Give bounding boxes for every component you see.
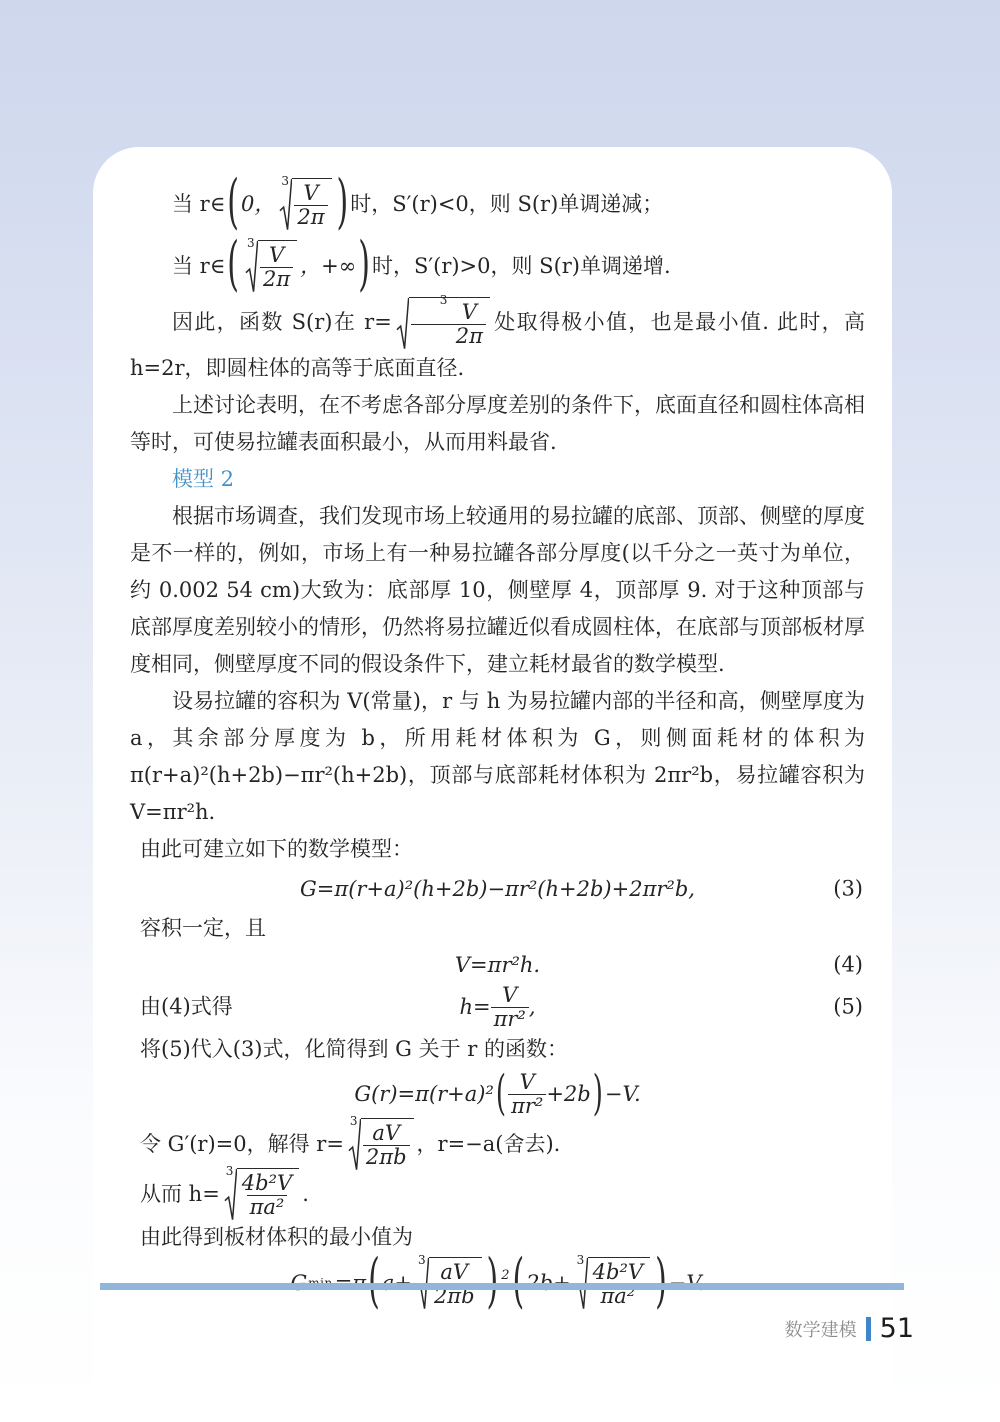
root-index: 3 [418, 1254, 426, 1266]
statement-text: 当 r∈ [172, 186, 225, 223]
big-left-paren: ( [227, 175, 239, 234]
root-index: 3 [281, 175, 289, 187]
page-card: 当 r∈ ( 0， 3 V 2π ) 时，S′(r)<0，则 S(r)单调递减；… [93, 147, 892, 1422]
fraction: V 2π [294, 182, 327, 229]
g-function-equation: G(r)=π(r+a)² ( V πr² +2b ) −V. [130, 1070, 865, 1118]
monotone-increasing-statement: 当 r∈ ( 3 V 2π ，+∞ ) 时，S′(r)>0，则 S(r)单调递增… [130, 239, 865, 293]
root-index: 3 [226, 1165, 234, 1177]
fraction: V πr² [508, 1071, 546, 1118]
statement-text: . [302, 1176, 309, 1213]
equation-5: 由(4)式得 h= V πr² , (5) [130, 985, 865, 1029]
statement-text: 令 G′(r)=0，解得 r= [140, 1126, 344, 1163]
big-left-paren: ( [227, 237, 239, 296]
cube-root: 3 V 2π [245, 240, 297, 293]
denominator: 2π [411, 324, 486, 348]
equation-tail: −V. [605, 1076, 641, 1113]
numerator: aV [437, 1261, 471, 1284]
equation-number: (3) [833, 871, 863, 908]
big-right-paren: ) [337, 175, 349, 234]
paragraph-text: 因此，函数 S(r)在 r= [172, 310, 392, 334]
cube-root: 3V2π [396, 297, 490, 350]
page-footer: 数学建模 51 [785, 1313, 914, 1344]
equation-label: 由(4)式得 [140, 989, 233, 1026]
equation-body: G=π(r+a)²(h+2b)−πr²(h+2b)+2πr²b, [300, 871, 695, 908]
denominator: 2π [294, 205, 327, 229]
statement-text: ，r=−a(舍去). [417, 1126, 561, 1163]
variable-definition-paragraph: 设易拉罐的容积为 V(常量)，r 与 h 为易拉罐内部的半径和高，侧壁厚度为 a… [130, 683, 865, 831]
equation-body: V=πr²h. [455, 947, 540, 984]
root-index: 3 [350, 1115, 358, 1127]
statement-text: 当 r∈ [172, 248, 225, 285]
monotone-decreasing-statement: 当 r∈ ( 0， 3 V 2π ) 时，S′(r)<0，则 S(r)单调递减； [130, 177, 865, 231]
interval-lower-bound: 0， [241, 186, 275, 223]
footer-section-label: 数学建模 [785, 1316, 857, 1342]
root-index: 3 [247, 237, 255, 249]
root-index: 3 [577, 1254, 585, 1266]
numerator: 4b²V [590, 1261, 646, 1284]
equation-number: (4) [833, 947, 863, 984]
fraction: V πr² [491, 984, 529, 1031]
market-survey-paragraph: 根据市场调查，我们发现市场上较通用的易拉罐的底部、顶部、侧壁的厚度是不一样的，例… [130, 498, 865, 683]
radicand: 4b²V πa² [237, 1168, 299, 1221]
equation-mid: +2b [546, 1076, 590, 1113]
numerator: V [499, 984, 520, 1007]
big-right-paren: ) [593, 1070, 603, 1118]
cube-root: 3 aV 2πb [348, 1118, 414, 1171]
page-content: 当 r∈ ( 0， 3 V 2π ) 时，S′(r)<0，则 S(r)单调递减；… [130, 167, 865, 1309]
numerator: V [300, 182, 321, 205]
big-right-paren: ) [358, 237, 370, 296]
statement-text: 时，S′(r)<0，则 S(r)单调递减； [350, 186, 663, 223]
solve-derivative-line: 令 G′(r)=0，解得 r= 3 aV 2πb ，r=−a(舍去). [130, 1121, 865, 1167]
fraction: V 2π [260, 244, 293, 291]
fraction: aV 2πb [363, 1122, 410, 1169]
volume-condition-line: 容积一定，且 [130, 910, 865, 947]
statement-text: 从而 h= [140, 1176, 220, 1213]
cube-root: 3 4b²V πa² [224, 1168, 299, 1221]
fraction: V2π [411, 301, 486, 348]
discussion-summary-paragraph: 上述讨论表明，在不考虑各部分厚度差别的条件下，底面直径和圆柱体高相等时，可使易拉… [130, 387, 865, 461]
equation-4: V=πr²h. (4) [130, 947, 865, 983]
equation-tail: , [529, 989, 536, 1026]
denominator: πr² [508, 1094, 546, 1118]
denominator: πa² [247, 1195, 288, 1219]
numerator: V [266, 244, 287, 267]
radicand: V 2π [258, 240, 297, 293]
footer-divider [866, 1317, 871, 1341]
fraction: 4b²V πa² [239, 1172, 295, 1219]
equation-3: G=π(r+a)²(h+2b)−πr²(h+2b)+2πr²b, (3) [130, 869, 865, 909]
height-result-line: 从而 h= 3 4b²V πa² . [130, 1171, 865, 1217]
model-2-heading: 模型 2 [130, 461, 865, 498]
radicand: aV 2πb [361, 1118, 414, 1171]
root-index: 3 [398, 294, 448, 306]
numerator: 4b²V [239, 1172, 295, 1195]
equation-number: (5) [833, 989, 863, 1026]
denominator: πr² [491, 1007, 529, 1031]
numerator: aV [369, 1122, 403, 1145]
numerator: V [517, 1071, 538, 1094]
substitution-line: 将(5)代入(3)式，化简得到 G 关于 r 的函数： [130, 1031, 865, 1068]
denominator: 2πb [363, 1145, 410, 1169]
equation-lhs: h= [459, 989, 490, 1026]
minimum-conclusion-paragraph: 因此，函数 S(r)在 r=3V2π处取得极小值，也是最小值. 此时，高 h=2… [130, 297, 865, 387]
cube-root: 3 V 2π [279, 178, 331, 231]
radicand: V 2π [292, 178, 331, 231]
equation-lhs: G(r)=π(r+a)² [354, 1076, 494, 1113]
interval-upper-bound: ，+∞ [300, 248, 356, 285]
page-number: 51 [880, 1313, 914, 1344]
big-left-paren: ( [496, 1070, 506, 1118]
model-setup-line: 由此可建立如下的数学模型： [130, 831, 865, 868]
footer-rule [100, 1283, 904, 1290]
denominator: 2π [260, 267, 293, 291]
statement-text: 时，S′(r)>0，则 S(r)单调递增. [372, 248, 671, 285]
